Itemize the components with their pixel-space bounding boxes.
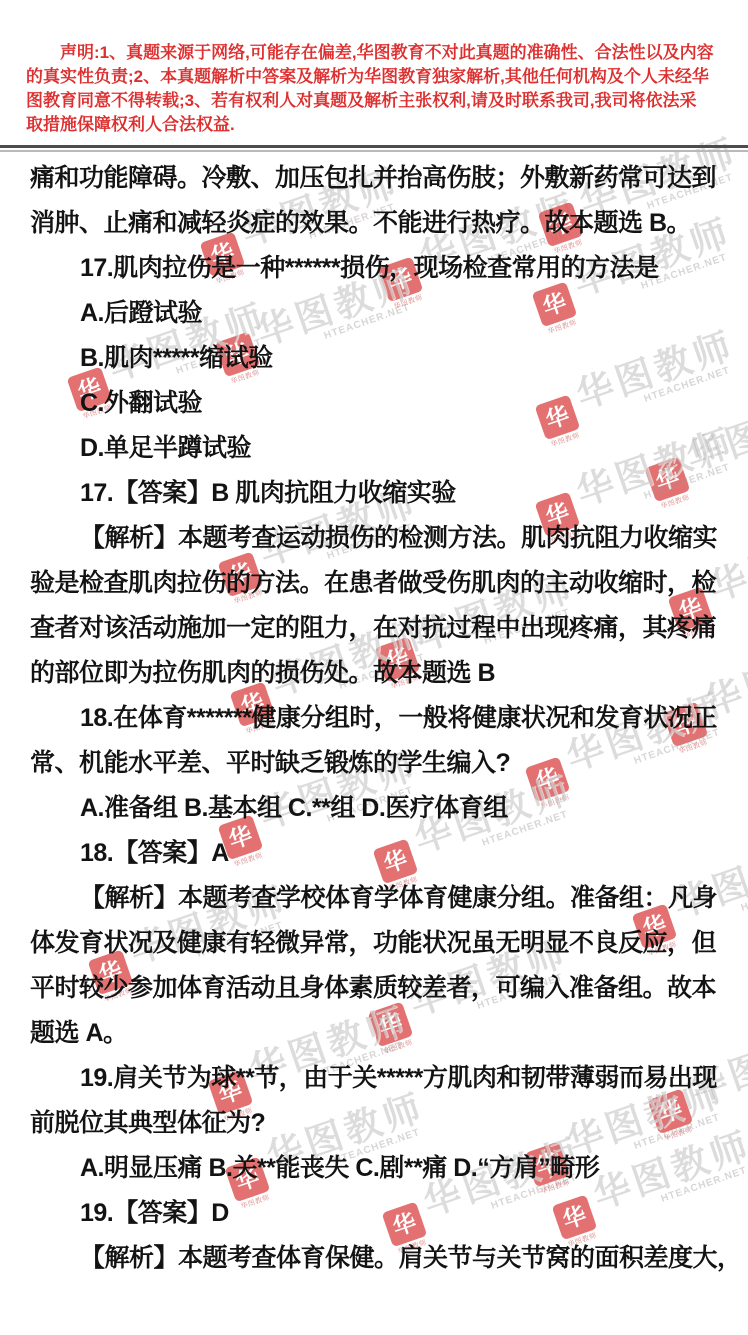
text-line: A.准备组 B.基本组 C.**组 D.医疗体育组 [30,786,718,831]
text-line: 【解析】本题考查体育保健。肩关节与关节窝的面积差度大， [30,1236,718,1281]
disclaimer-block: 声明:1、真题来源于网络,可能存在偏差,华图教育不对此真题的准确性、合法性以及内… [0,0,748,143]
text-line: 18.在体育*******健康分组时，一般将健康状况和发育状况正 [30,696,718,741]
body-text: 痛和功能障碍。冷敷、加压包扎并抬高伤肢；外敷新药常可达到消肿、止痛和减轻炎症的效… [0,152,748,1281]
document-content: 声明:1、真题来源于网络,可能存在偏差,华图教育不对此真题的准确性、合法性以及内… [0,0,748,1281]
disclaimer-line-4: 取措施保障权利人合法权益. [26,113,722,137]
disclaimer-line-1: 声明:1、真题来源于网络,可能存在偏差,华图教育不对此真题的准确性、合法性以及内… [26,41,722,65]
divider-dark-rule [0,145,748,148]
text-line: A.后蹬试验 [30,291,718,336]
text-line: 的部位即为拉伤肌肉的损伤处。故本题选 B [30,651,718,696]
text-line: A.明显压痛 B.关**能丧失 C.剧**痛 D.“方肩”畸形 [30,1146,718,1191]
text-line: 常、机能水平差、平时缺乏锻炼的学生编入? [30,741,718,786]
text-line: 19.【答案】D [30,1191,718,1236]
text-line: 前脱位其典型体征为? [30,1101,718,1146]
text-line: 18.【答案】A [30,831,718,876]
text-line: 平时较少参加体育活动且身体素质较差者，可编入准备组。故本 [30,966,718,1011]
text-line: 17.【答案】B 肌肉抗阻力收缩实验 [30,471,718,516]
section-divider [0,145,748,152]
text-line: 痛和功能障碍。冷敷、加压包扎并抬高伤肢；外敷新药常可达到 [30,156,718,201]
text-line: 查者对该活动施加一定的阻力，在对抗过程中出现疼痛，其疼痛 [30,606,718,651]
document-page: 华华图教师华图教师HTEACHER.NET华华图教师华图教师HTEACHER.N… [0,0,748,1335]
text-line: D.单足半蹲试验 [30,426,718,471]
text-line: 【解析】本题考查运动损伤的检测方法。肌肉抗阻力收缩实 [30,516,718,561]
disclaimer-line-1-text: 1、真题来源于网络,可能存在偏差,华图教育不对此真题的准确性、合法性以及内容 [100,43,714,62]
text-line: 体发育状况及健康有轻微异常，功能状况虽无明显不良反应，但 [30,921,718,966]
text-line: C.外翻试验 [30,381,718,426]
disclaimer-line-2: 的真实性负责;2、本真题解析中答案及解析为华图教育独家解析,其他任何机构及个人未… [26,65,722,89]
text-line: 【解析】本题考查学校体育学体育健康分组。准备组：凡身 [30,876,718,921]
text-line: 17.肌肉拉伤是一种******损伤，现场检查常用的方法是 [30,246,718,291]
disclaimer-label: 声明: [60,43,100,62]
text-line: 验是检查肌肉拉伤的方法。在患者做受伤肌肉的主动收缩时，检 [30,561,718,606]
text-line: 消肿、止痛和减轻炎症的效果。不能进行热疗。故本题选 B。 [30,201,718,246]
text-line: 题选 A。 [30,1011,718,1056]
text-line: B.肌肉*****缩试验 [30,336,718,381]
text-line: 19.肩关节为球**节，由于关*****方肌肉和韧带薄弱而易出现 [30,1056,718,1101]
disclaimer-line-3: 图教育同意不得转载;3、若有权利人对真题及解析主张权利,请及时联系我司,我司将依… [26,89,722,113]
